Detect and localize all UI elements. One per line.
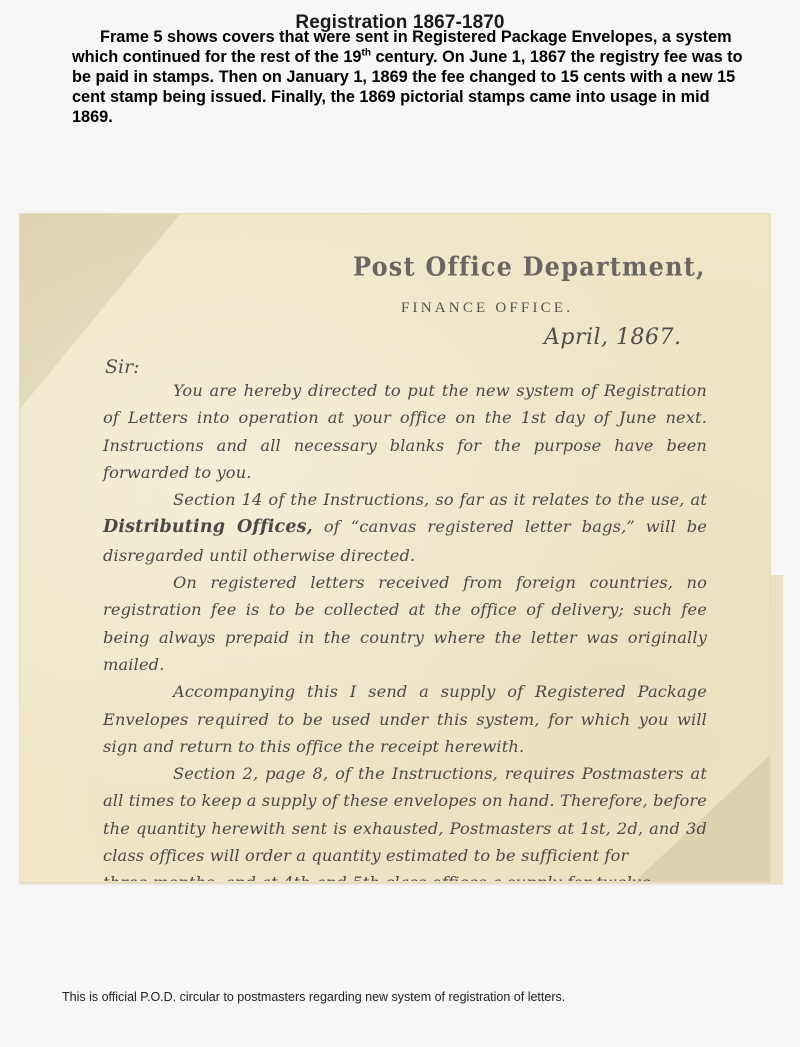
intro-superscript: th xyxy=(361,48,370,59)
paragraph-section-14: Section 14 of the Instructions, so far a… xyxy=(103,486,707,569)
cut-off-line: three months, and at 4th and 5th class o… xyxy=(103,869,707,881)
pod-circular-document: Post Office Department, FINANCE OFFICE. … xyxy=(20,214,770,882)
distributing-offices-emphasis: Distributing Offices, xyxy=(103,517,313,537)
office-name: FINANCE OFFICE. xyxy=(401,300,573,317)
letter-body: You are hereby directed to put the new s… xyxy=(103,377,707,881)
department-name: Post Office Department, xyxy=(353,251,706,282)
paragraph-registration-start: You are hereby directed to put the new s… xyxy=(103,377,707,486)
letter-date: April, 1867. xyxy=(544,325,682,350)
paragraph-foreign-letters: On registered letters received from fore… xyxy=(103,569,707,678)
paragraph-section-2: Section 2, page 8, of the Instructions, … xyxy=(103,760,707,869)
salutation: Sir: xyxy=(105,356,140,378)
exhibit-caption: This is official P.O.D. circular to post… xyxy=(62,990,565,1004)
paragraph-package-envelopes: Accompanying this I send a supply of Reg… xyxy=(103,678,707,760)
exhibit-intro: Frame 5 shows covers that were sent in R… xyxy=(72,27,752,127)
section-14-text-a: Section 14 of the Instructions, so far a… xyxy=(173,490,707,509)
